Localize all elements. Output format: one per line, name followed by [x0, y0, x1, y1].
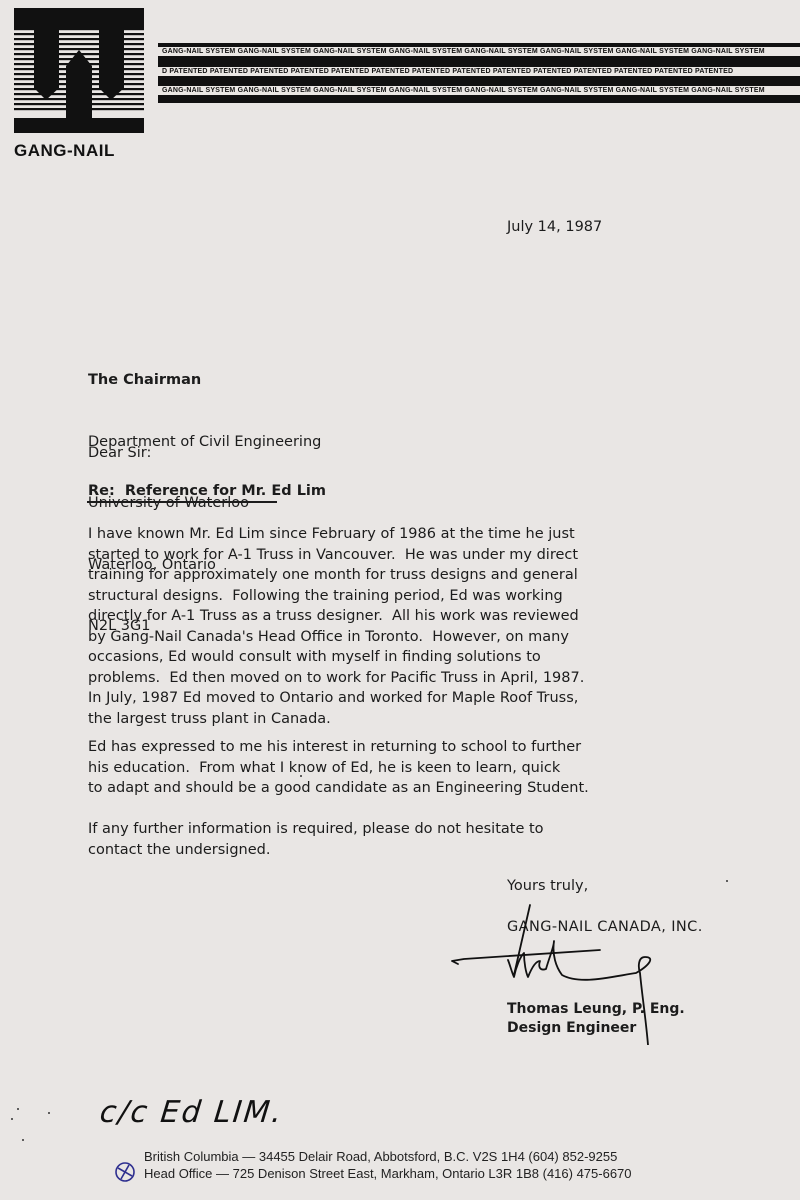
- banner-row: GANG-NAIL SYSTEM GANG-NAIL SYSTEM GANG-N…: [158, 47, 800, 56]
- body-line: occasions, Ed would consult with myself …: [88, 647, 788, 668]
- paper-speck: [17, 1108, 19, 1110]
- body-line: If any further information is required, …: [88, 819, 788, 840]
- paper-speck: [726, 880, 728, 882]
- body-line: started to work for A-1 Truss in Vancouv…: [88, 545, 788, 566]
- body-line: contact the undersigned.: [88, 840, 788, 861]
- body-line: directly for A-1 Truss as a truss design…: [88, 606, 788, 627]
- handwritten-cc-note: c/c Ed LIM.: [98, 1095, 285, 1130]
- stamp-mark-icon: [113, 1160, 137, 1184]
- banner-row: D PATENTED PATENTED PATENTED PATENTED PA…: [158, 67, 800, 76]
- signer-title: Design Engineer: [507, 1018, 636, 1039]
- body-line: his education. From what I know of Ed, h…: [88, 758, 788, 779]
- footer-address-head-office: Head Office — 725 Denison Street East, M…: [144, 1165, 632, 1182]
- subject-underline: [87, 501, 277, 503]
- body-paragraph-1: I have known Mr. Ed Lim since February o…: [88, 524, 788, 729]
- banner-row: GANG-NAIL SYSTEM GANG-NAIL SYSTEM GANG-N…: [158, 86, 800, 95]
- body-line: training for approximately one month for…: [88, 565, 788, 586]
- body-paragraph-3: If any further information is required, …: [88, 819, 788, 860]
- logo-wordmark: GANG-NAIL: [14, 141, 159, 161]
- gang-nail-logo-icon: [14, 8, 144, 133]
- paper-speck: [300, 775, 302, 777]
- gang-nail-logo: GANG-NAIL: [14, 8, 144, 133]
- closing: Yours truly,: [507, 876, 588, 897]
- paper-speck: [22, 1139, 24, 1141]
- body-line: Ed has expressed to me his interest in r…: [88, 737, 788, 758]
- body-line: In July, 1987 Ed moved to Ontario and wo…: [88, 688, 788, 709]
- letter-page: GANG-NAIL GANG-NAIL SYSTEM GANG-NAIL SYS…: [0, 0, 800, 1200]
- letterhead-banner: GANG-NAIL SYSTEM GANG-NAIL SYSTEM GANG-N…: [158, 43, 800, 103]
- letterhead-footer: British Columbia — 34455 Delair Road, Ab…: [144, 1148, 632, 1182]
- paper-speck: [11, 1118, 13, 1120]
- body-paragraph-2: Ed has expressed to me his interest in r…: [88, 737, 788, 799]
- body-line: structural designs. Following the traini…: [88, 586, 788, 607]
- body-line: problems. Ed then moved on to work for P…: [88, 668, 788, 689]
- salutation: Dear Sir:: [88, 443, 151, 464]
- letter-date: July 14, 1987: [507, 217, 602, 238]
- signer-name: Thomas Leung, P. Eng.: [507, 999, 685, 1020]
- recipient-line: The Chairman: [88, 370, 321, 391]
- body-line: the largest truss plant in Canada.: [88, 709, 788, 730]
- body-line: to adapt and should be a good candidate …: [88, 778, 788, 799]
- subject-line: Re: Reference for Mr. Ed Lim: [88, 481, 326, 502]
- paper-speck: [48, 1112, 50, 1114]
- footer-address-bc: British Columbia — 34455 Delair Road, Ab…: [144, 1148, 632, 1165]
- body-line: I have known Mr. Ed Lim since February o…: [88, 524, 788, 545]
- body-line: by Gang-Nail Canada's Head Office in Tor…: [88, 627, 788, 648]
